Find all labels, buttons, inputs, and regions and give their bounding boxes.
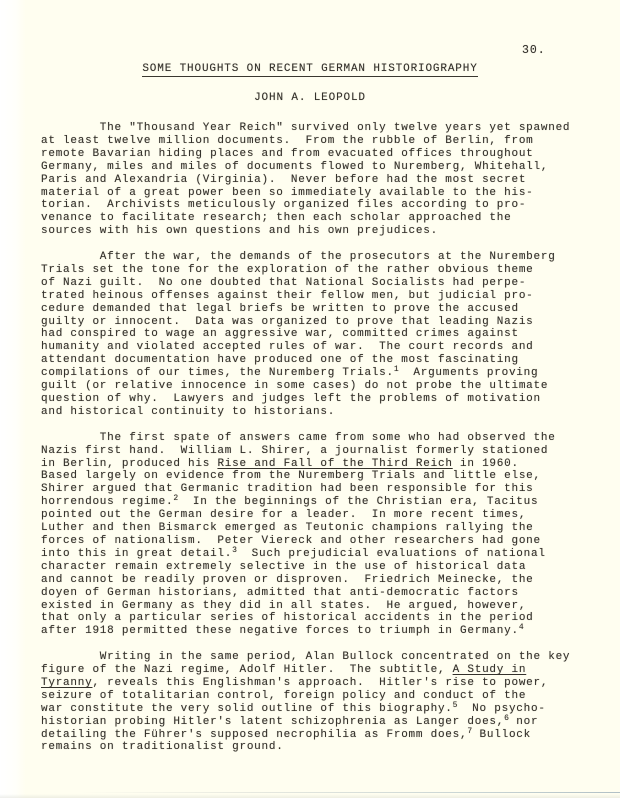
- text-line: had conspired to wage an aggressive war,…: [41, 328, 592, 341]
- text-run: Nazis first hand. William L. Shirer, a j…: [41, 445, 548, 457]
- text-line: sources with his own questions and his o…: [41, 225, 592, 238]
- text-line: Nazis first hand. William L. Shirer, a j…: [41, 445, 592, 458]
- text-run: pointed out the German desire for a lead…: [41, 509, 526, 521]
- text-run: Trials set the tone for the exploration …: [41, 264, 534, 276]
- text-line: trated heinous offenses against their fe…: [41, 290, 592, 303]
- text-line: The first spate of answers came from som…: [41, 432, 592, 445]
- text-run: existed in Germany as they did in all st…: [41, 600, 526, 612]
- text-run: venance to facilitate research; then eac…: [41, 212, 511, 224]
- text-line: existed in Germany as they did in all st…: [41, 600, 592, 613]
- text-run: attendant documentation have produced on…: [41, 354, 519, 366]
- text-line: attendant documentation have produced on…: [41, 354, 592, 367]
- paragraph: Writing in the same period, Alan Bullock…: [41, 651, 592, 754]
- text-run: detailing the Führer's supposed necrophi…: [41, 729, 467, 741]
- text-run: Arguments proving: [399, 367, 539, 379]
- text-line: pointed out the German desire for a lead…: [41, 509, 592, 522]
- text-line: Tyranny, reveals this Englishman's appro…: [41, 677, 592, 690]
- text-run: Based largely on evidence from the Nurem…: [41, 470, 541, 482]
- text-line: at least twelve million documents. From …: [41, 135, 592, 148]
- text-run: No psycho-: [457, 703, 545, 715]
- text-run: Shirer argued that Germanic tradition ha…: [41, 483, 534, 495]
- text-run: at least twelve million documents. From …: [41, 135, 534, 147]
- title-block: SOME THOUGHTS ON RECENT GERMAN HISTORIOG…: [0, 0, 620, 76]
- text-run: , reveals this Englishman's approach. Hi…: [92, 677, 548, 689]
- text-line: humanity and violated accepted rules of …: [41, 341, 592, 354]
- text-line: figure of the Nazi regime, Adolf Hitler.…: [41, 664, 592, 677]
- text-run: that only a particular series of histori…: [41, 612, 534, 624]
- text-run: The first spate of answers came from som…: [41, 432, 556, 444]
- text-line: cedure demanded that legal briefs be wri…: [41, 303, 592, 316]
- text-line: material of a great power been so immedi…: [41, 187, 592, 200]
- text-run: In the beginnings of the Christian era, …: [178, 496, 538, 508]
- text-line: compilations of our times, the Nuremberg…: [41, 367, 592, 380]
- text-line: Writing in the same period, Alan Bullock…: [41, 651, 592, 664]
- text-line: that only a particular series of histori…: [41, 612, 592, 625]
- text-run: Such prejudicial evaluations of national: [237, 548, 546, 560]
- text-line: into this in great detail.3 Such prejudi…: [41, 548, 592, 561]
- text-run: Paris and Alexandria (Virginia). Never b…: [41, 174, 526, 186]
- text-run: cedure demanded that legal briefs be wri…: [41, 303, 519, 315]
- text-line: Trials set the tone for the exploration …: [41, 264, 592, 277]
- paragraph: The "Thousand Year Reich" survived only …: [41, 122, 592, 238]
- author-block: JOHN A. LEOPOLD: [0, 87, 620, 105]
- text-run: nor: [509, 716, 538, 728]
- text-run: guilt (or relative innocence in some cas…: [41, 380, 548, 392]
- underlined-title-text: Tyranny: [41, 677, 92, 689]
- text-line: torian. Archivists meticulously organize…: [41, 199, 592, 212]
- text-line: After the war, the demands of the prosec…: [41, 251, 592, 264]
- text-line: after 1918 permitted these negative forc…: [41, 625, 592, 638]
- text-line: doyen of German historians, admitted tha…: [41, 587, 592, 600]
- text-line: of Nazi guilt. No one doubted that Natio…: [41, 277, 592, 290]
- text-line: guilty or innocent. Data was organized t…: [41, 316, 592, 329]
- text-run: historian probing Hitler's latent schizo…: [41, 716, 504, 728]
- text-run: in 1960.: [453, 458, 519, 470]
- text-run: humanity and violated accepted rules of …: [41, 341, 534, 353]
- underlined-title-text: Rise and Fall of the Third Reich: [217, 458, 452, 470]
- text-line: Based largely on evidence from the Nurem…: [41, 470, 592, 483]
- text-line: Germany, miles and miles of documents fl…: [41, 161, 592, 174]
- text-run: forces of nationalism. Peter Viereck and…: [41, 535, 541, 547]
- text-run: material of a great power been so immedi…: [41, 187, 534, 199]
- page-left-edge: [0, 0, 26, 798]
- text-run: compilations of our times, the Nuremberg…: [41, 367, 394, 379]
- text-line: and historical continuity to historians.: [41, 406, 592, 419]
- text-run: figure of the Nazi regime, Adolf Hitler.…: [41, 664, 453, 676]
- text-run: The "Thousand Year Reich" survived only …: [41, 122, 570, 134]
- footnote-ref: 4: [519, 623, 524, 632]
- text-run: character remain extremely selective in …: [41, 561, 526, 573]
- text-run: Bullock: [472, 729, 531, 741]
- text-run: and cannot be readily proven or disprove…: [41, 574, 534, 586]
- text-run: sources with his own questions and his o…: [41, 225, 438, 237]
- paragraph: After the war, the demands of the prosec…: [41, 251, 592, 419]
- text-run: war constitute the very solid outline of…: [41, 703, 453, 715]
- text-run: guilty or innocent. Data was organized t…: [41, 316, 534, 328]
- text-run: Germany, miles and miles of documents fl…: [41, 161, 548, 173]
- text-run: in Berlin, produced his: [41, 458, 217, 470]
- text-line: question of why. Lawyers and judges left…: [41, 393, 592, 406]
- text-line: forces of nationalism. Peter Viereck and…: [41, 535, 592, 548]
- text-line: remains on traditionalist ground.: [41, 741, 592, 754]
- text-run: had conspired to wage an aggressive war,…: [41, 328, 519, 340]
- text-run: Luther and then Bismarck emerged as Teut…: [41, 522, 534, 534]
- text-line: remote Bavarian hiding places and from e…: [41, 148, 592, 161]
- text-run: question of why. Lawyers and judges left…: [41, 393, 541, 405]
- underlined-title-text: A Study in: [453, 664, 527, 676]
- text-line: The "Thousand Year Reich" survived only …: [41, 122, 592, 135]
- text-line: character remain extremely selective in …: [41, 561, 592, 574]
- scan-edge-artifact: [80, 792, 620, 794]
- text-line: in Berlin, produced his Rise and Fall of…: [41, 458, 592, 471]
- text-run: remote Bavarian hiding places and from e…: [41, 148, 534, 160]
- text-line: war constitute the very solid outline of…: [41, 703, 592, 716]
- text-line: Luther and then Bismarck emerged as Teut…: [41, 522, 592, 535]
- scan-bottom-shade: [0, 794, 620, 798]
- text-line: and cannot be readily proven or disprove…: [41, 574, 592, 587]
- text-run: Writing in the same period, Alan Bullock…: [41, 651, 570, 663]
- text-run: torian. Archivists meticulously organize…: [41, 199, 526, 211]
- text-run: remains on traditionalist ground.: [41, 741, 284, 753]
- document-author: JOHN A. LEOPOLD: [254, 92, 366, 104]
- text-run: doyen of German historians, admitted tha…: [41, 587, 519, 599]
- text-line: horrendous regime.2 In the beginnings of…: [41, 496, 592, 509]
- text-run: and historical continuity to historians.: [41, 406, 335, 418]
- paragraph: The first spate of answers came from som…: [41, 432, 592, 639]
- text-line: Paris and Alexandria (Virginia). Never b…: [41, 174, 592, 187]
- text-run: horrendous regime.: [41, 496, 173, 508]
- text-run: after 1918 permitted these negative forc…: [41, 625, 519, 637]
- document-title: SOME THOUGHTS ON RECENT GERMAN HISTORIOG…: [142, 63, 477, 77]
- text-line: seizure of totalitarian control, foreign…: [41, 690, 592, 703]
- text-line: historian probing Hitler's latent schizo…: [41, 716, 592, 729]
- text-line: guilt (or relative innocence in some cas…: [41, 380, 592, 393]
- text-run: After the war, the demands of the prosec…: [41, 251, 556, 263]
- page-number: 30.: [522, 44, 546, 57]
- text-line: Shirer argued that Germanic tradition ha…: [41, 483, 592, 496]
- text-line: detailing the Führer's supposed necrophi…: [41, 729, 592, 742]
- document-body: The "Thousand Year Reich" survived only …: [41, 122, 592, 767]
- text-run: trated heinous offenses against their fe…: [41, 290, 534, 302]
- text-run: of Nazi guilt. No one doubted that Natio…: [41, 277, 526, 289]
- document-page: 30. SOME THOUGHTS ON RECENT GERMAN HISTO…: [0, 0, 620, 798]
- text-line: venance to facilitate research; then eac…: [41, 212, 592, 225]
- text-run: into this in great detail.: [41, 548, 232, 560]
